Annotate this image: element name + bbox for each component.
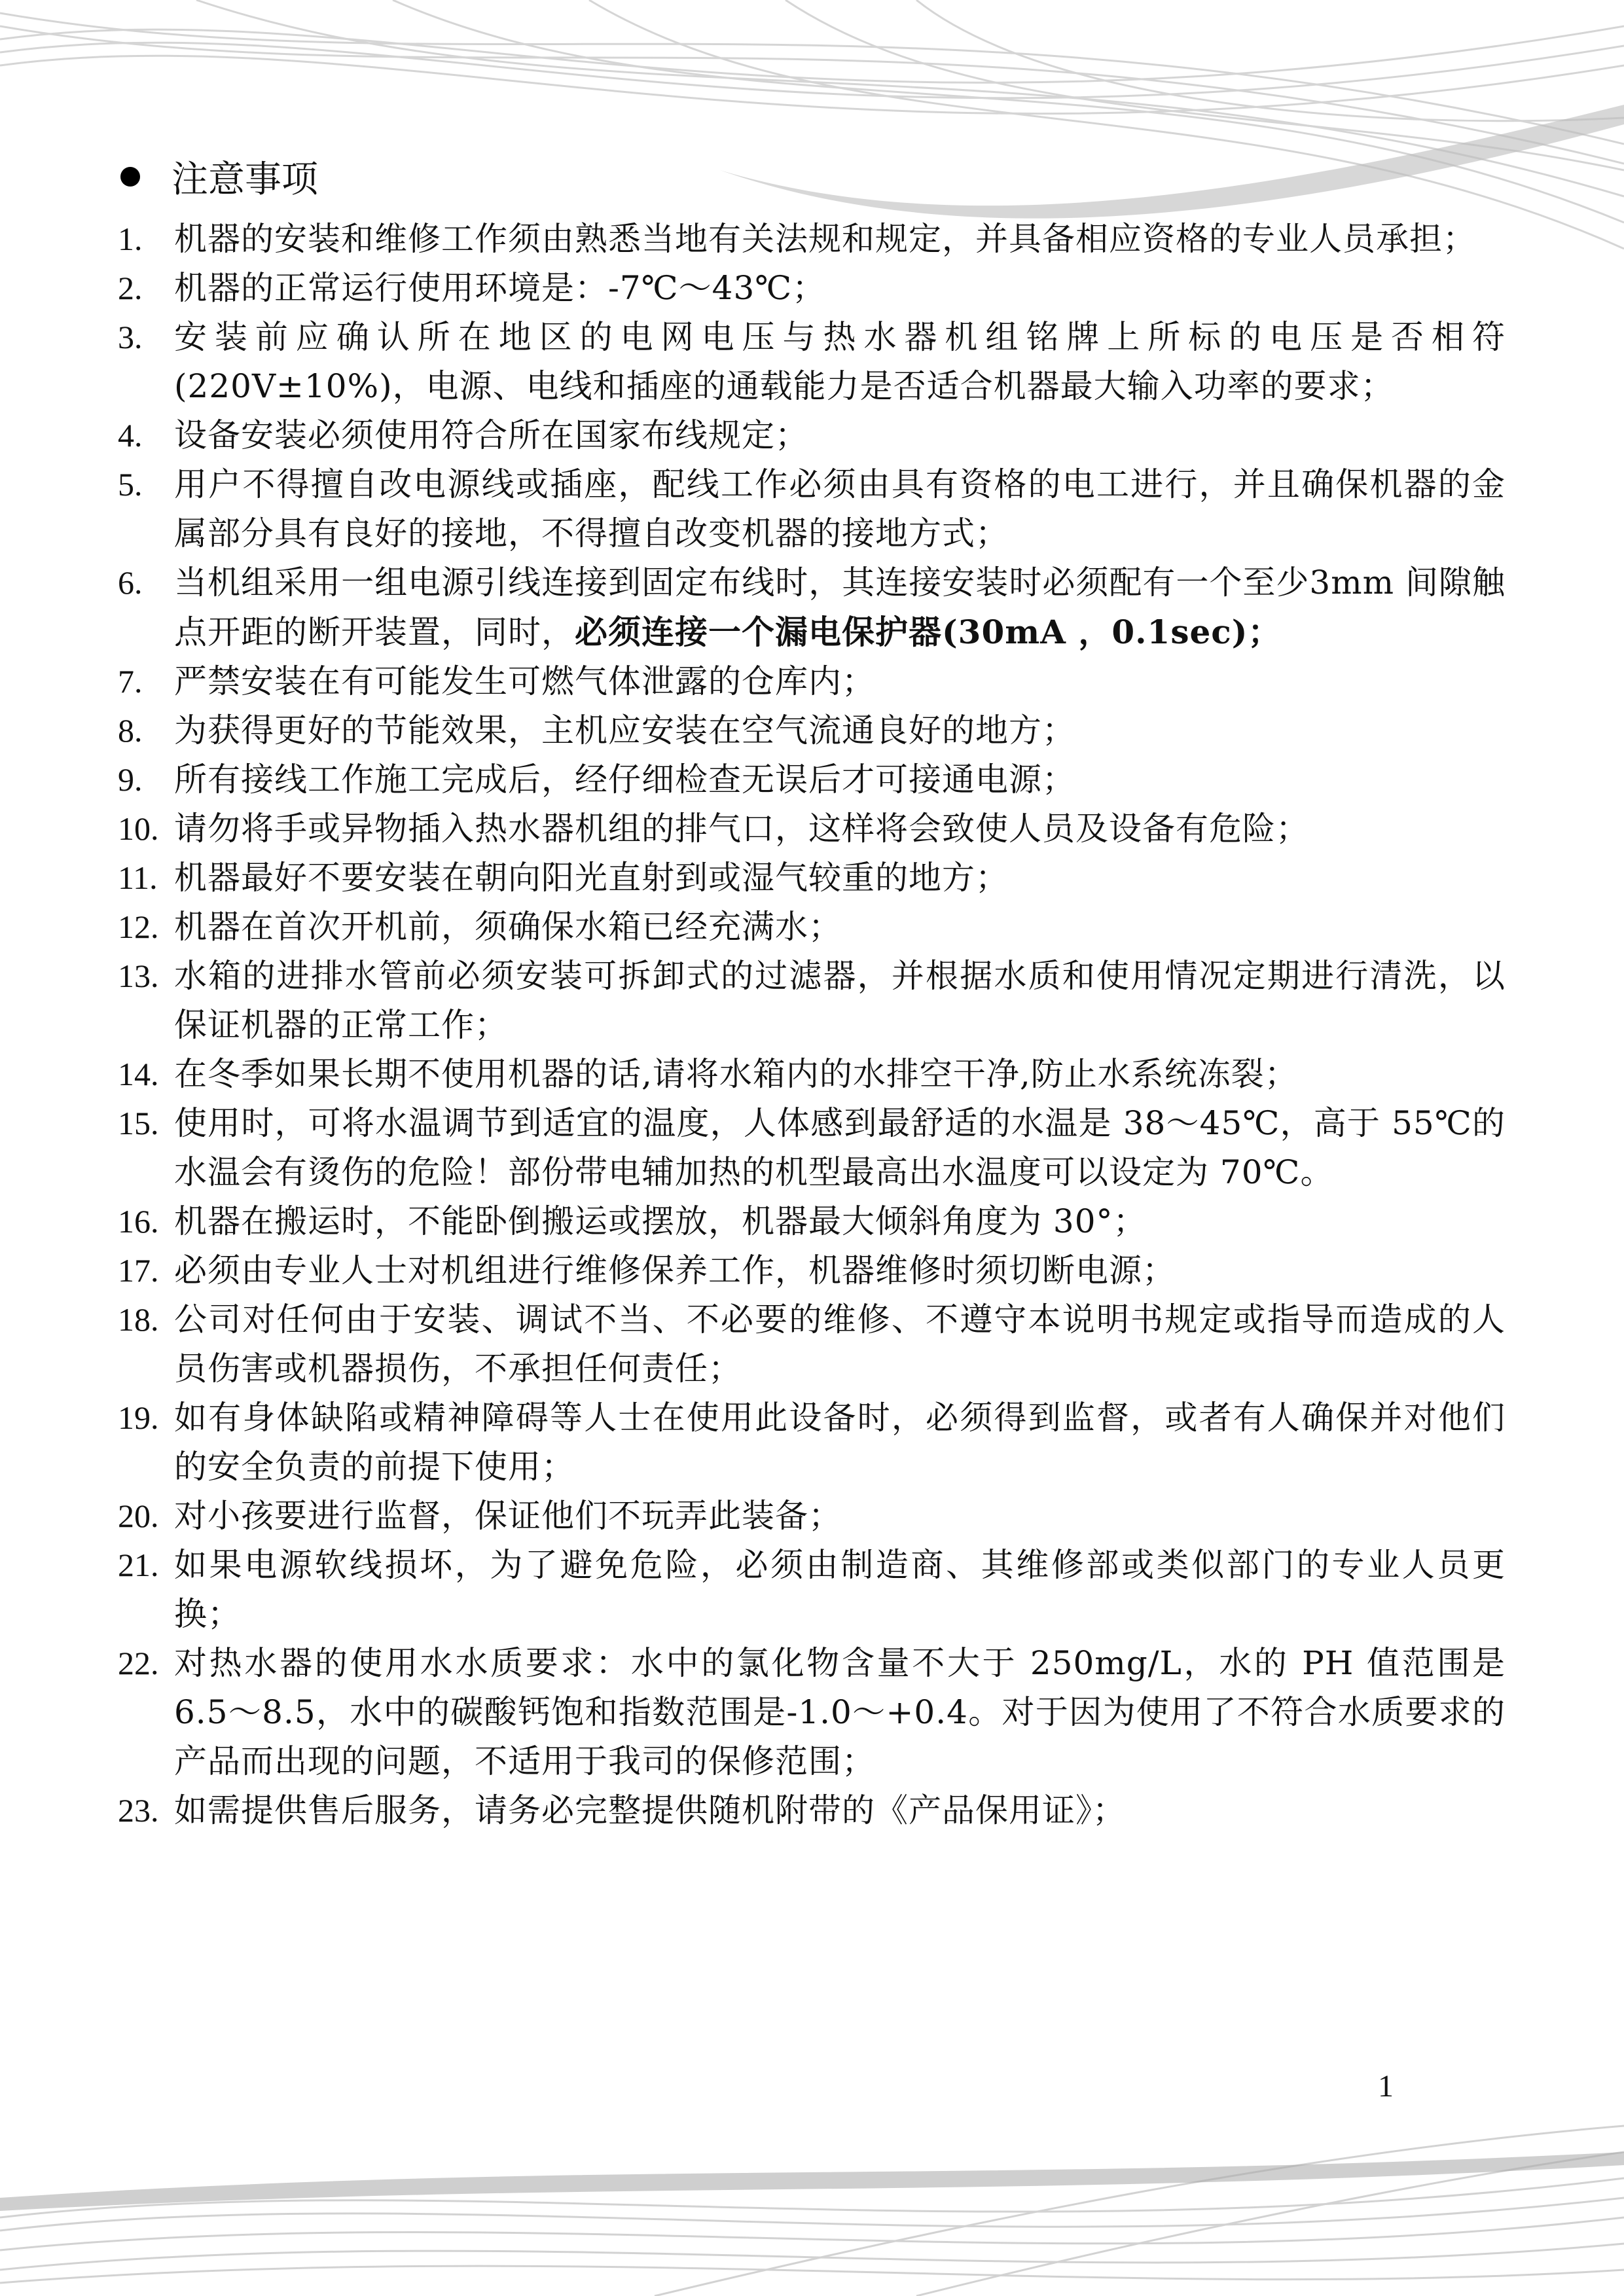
item-text: 机器在首次开机前，须确保水箱已经充满水；: [174, 903, 1506, 952]
item-text-body: 机器在首次开机前，须确保水箱已经充满水；: [174, 908, 842, 946]
item-number: 4.: [118, 411, 174, 460]
item-text: 设备安装必须使用符合所在国家布线规定；: [174, 411, 1506, 460]
item-text: 为获得更好的节能效果，主机应安装在空气流通良好的地方；: [174, 706, 1506, 755]
item-number: 14.: [118, 1050, 174, 1099]
item-text-body: 用户不得擅自改电源线或插座，配线工作必须由具有资格的电工进行，并且确保机器的金属…: [174, 465, 1506, 552]
item-text: 使用时，可将水温调节到适宜的温度，人体感到最舒适的水温是 38～45℃，高于 5…: [174, 1099, 1506, 1197]
item-number: 18.: [118, 1295, 174, 1393]
item-number: 22.: [118, 1639, 174, 1786]
list-item: 19.如有身体缺陷或精神障碍等人士在使用此设备时，必须得到监督，或者有人确保并对…: [118, 1393, 1506, 1492]
item-text-body: 在冬季如果长期不使用机器的话,请将水箱内的水排空干净,防止水系统冻裂；: [174, 1055, 1298, 1093]
list-item: 18.公司对任何由于安装、调试不当、不必要的维修、不遵守本说明书规定或指导而造成…: [118, 1295, 1506, 1393]
list-item: 5.用户不得擅自改电源线或插座，配线工作必须由具有资格的电工进行，并且确保机器的…: [118, 460, 1506, 558]
item-number: 6.: [118, 558, 174, 657]
notice-list: 1.机器的安装和维修工作须由熟悉当地有关法规和规定，并具备相应资格的专业人员承担…: [118, 215, 1506, 1835]
section-title: 注意事项: [171, 151, 318, 203]
item-number: 7.: [118, 657, 174, 706]
item-text: 必须由专业人士对机组进行维修保养工作，机器维修时须切断电源；: [174, 1246, 1506, 1295]
item-text: 机器的安装和维修工作须由熟悉当地有关法规和规定，并具备相应资格的专业人员承担；: [174, 215, 1506, 264]
item-text: 对小孩要进行监督，保证他们不玩弄此装备；: [174, 1492, 1506, 1541]
section-heading: 注意事项: [118, 151, 1506, 203]
item-text-body: 如果电源软线损坏，为了避免危险，必须由制造商、其维修部或类似部门的专业人员更换；: [174, 1546, 1506, 1633]
item-number: 17.: [118, 1246, 174, 1295]
item-text-body: 水箱的进排水管前必须安装可拆卸式的过滤器，并根据水质和使用情况定期进行清洗，以保…: [174, 957, 1506, 1044]
item-text-body: 设备安装必须使用符合所在国家布线规定；: [174, 416, 808, 454]
item-text-emphasis: 必须连接一个漏电保护器(30mA ，0.1sec)；: [575, 613, 1281, 651]
item-number: 2.: [118, 264, 174, 313]
list-item: 15.使用时，可将水温调节到适宜的温度，人体感到最舒适的水温是 38～45℃，高…: [118, 1099, 1506, 1197]
item-text-body: 为获得更好的节能效果，主机应安装在空气流通良好的地方；: [174, 711, 1075, 749]
list-item: 4.设备安装必须使用符合所在国家布线规定；: [118, 411, 1506, 460]
list-item: 10.请勿将手或异物插入热水器机组的排气口，这样将会致使人员及设备有危险；: [118, 804, 1506, 853]
item-text-body: 如有身体缺陷或精神障碍等人士在使用此设备时，必须得到监督，或者有人确保并对他们的…: [174, 1399, 1506, 1486]
item-number: 12.: [118, 903, 174, 952]
item-text: 请勿将手或异物插入热水器机组的排气口，这样将会致使人员及设备有危险；: [174, 804, 1506, 853]
item-text-body: 对小孩要进行监督，保证他们不玩弄此装备；: [174, 1497, 842, 1535]
item-number: 1.: [118, 215, 174, 264]
item-number: 9.: [118, 755, 174, 804]
item-number: 15.: [118, 1099, 174, 1197]
decorative-wave-footer: [0, 2087, 1624, 2296]
item-number: 5.: [118, 460, 174, 558]
item-number: 20.: [118, 1492, 174, 1541]
list-item: 1.机器的安装和维修工作须由熟悉当地有关法规和规定，并具备相应资格的专业人员承担…: [118, 215, 1506, 264]
item-number: 21.: [118, 1541, 174, 1639]
item-text: 机器最好不要安装在朝向阳光直射到或湿气较重的地方；: [174, 853, 1506, 903]
item-text: 用户不得擅自改电源线或插座，配线工作必须由具有资格的电工进行，并且确保机器的金属…: [174, 460, 1506, 558]
item-text-body: 机器在搬运时，不能卧倒搬运或摆放，机器最大倾斜角度为 30°；: [174, 1202, 1147, 1240]
list-item: 3.安装前应确认所在地区的电网电压与热水器机组铭牌上所标的电压是否相符(220V…: [118, 313, 1506, 411]
list-item: 17.必须由专业人士对机组进行维修保养工作，机器维修时须切断电源；: [118, 1246, 1506, 1295]
list-item: 20.对小孩要进行监督，保证他们不玩弄此装备；: [118, 1492, 1506, 1541]
list-item: 16.机器在搬运时，不能卧倒搬运或摆放，机器最大倾斜角度为 30°；: [118, 1197, 1506, 1246]
item-text: 水箱的进排水管前必须安装可拆卸式的过滤器，并根据水质和使用情况定期进行清洗，以保…: [174, 952, 1506, 1050]
item-text-body: 使用时，可将水温调节到适宜的温度，人体感到最舒适的水温是 38～45℃，高于 5…: [174, 1104, 1506, 1191]
list-item: 7.严禁安装在有可能发生可燃气体泄露的仓库内；: [118, 657, 1506, 706]
list-item: 11.机器最好不要安装在朝向阳光直射到或湿气较重的地方；: [118, 853, 1506, 903]
item-text-body: 所有接线工作施工完成后，经仔细检查无误后才可接通电源；: [174, 761, 1075, 798]
item-number: 3.: [118, 313, 174, 411]
item-text-body: 机器的安装和维修工作须由熟悉当地有关法规和规定，并具备相应资格的专业人员承担；: [174, 220, 1476, 258]
list-item: 9.所有接线工作施工完成后，经仔细检查无误后才可接通电源；: [118, 755, 1506, 804]
item-text: 公司对任何由于安装、调试不当、不必要的维修、不遵守本说明书规定或指导而造成的人员…: [174, 1295, 1506, 1393]
item-text: 在冬季如果长期不使用机器的话,请将水箱内的水排空干净,防止水系统冻裂；: [174, 1050, 1506, 1099]
list-item: 2.机器的正常运行使用环境是：-7℃～43℃；: [118, 264, 1506, 313]
item-text-body: 对热水器的使用水水质要求：水中的氯化物含量不大于 250mg/L，水的 PH 值…: [174, 1644, 1506, 1780]
item-text: 机器的正常运行使用环境是：-7℃～43℃；: [174, 264, 1506, 313]
item-text-body: 安装前应确认所在地区的电网电压与热水器机组铭牌上所标的电压是否相符(220V±1…: [174, 318, 1506, 405]
item-text-body: 机器最好不要安装在朝向阳光直射到或湿气较重的地方；: [174, 859, 1009, 897]
item-text-body: 如需提供售后服务，请务必完整提供随机附带的《产品保用证》；: [174, 1791, 1126, 1829]
item-text-body: 机器的正常运行使用环境是：-7℃～43℃；: [174, 269, 825, 307]
item-text-body: 公司对任何由于安装、调试不当、不必要的维修、不遵守本说明书规定或指导而造成的人员…: [174, 1300, 1506, 1388]
list-item: 14.在冬季如果长期不使用机器的话,请将水箱内的水排空干净,防止水系统冻裂；: [118, 1050, 1506, 1099]
item-number: 23.: [118, 1786, 174, 1835]
list-item: 6.当机组采用一组电源引线连接到固定布线时，其连接安装时必须配有一个至少3mm …: [118, 558, 1506, 657]
item-text: 对热水器的使用水水质要求：水中的氯化物含量不大于 250mg/L，水的 PH 值…: [174, 1639, 1506, 1786]
notice-section: 注意事项 1.机器的安装和维修工作须由熟悉当地有关法规和规定，并具备相应资格的专…: [118, 151, 1506, 1835]
list-item: 13.水箱的进排水管前必须安装可拆卸式的过滤器，并根据水质和使用情况定期进行清洗…: [118, 952, 1506, 1050]
item-number: 13.: [118, 952, 174, 1050]
item-text: 如果电源软线损坏，为了避免危险，必须由制造商、其维修部或类似部门的专业人员更换；: [174, 1541, 1506, 1639]
list-item: 22.对热水器的使用水水质要求：水中的氯化物含量不大于 250mg/L，水的 P…: [118, 1639, 1506, 1786]
item-number: 16.: [118, 1197, 174, 1246]
item-text-body: 请勿将手或异物插入热水器机组的排气口，这样将会致使人员及设备有危险；: [174, 810, 1309, 848]
item-text: 严禁安装在有可能发生可燃气体泄露的仓库内；: [174, 657, 1506, 706]
item-text-body: 严禁安装在有可能发生可燃气体泄露的仓库内；: [174, 662, 875, 700]
item-text: 如有身体缺陷或精神障碍等人士在使用此设备时，必须得到监督，或者有人确保并对他们的…: [174, 1393, 1506, 1492]
item-text: 安装前应确认所在地区的电网电压与热水器机组铭牌上所标的电压是否相符(220V±1…: [174, 313, 1506, 411]
item-text: 如需提供售后服务，请务必完整提供随机附带的《产品保用证》；: [174, 1786, 1506, 1835]
item-number: 19.: [118, 1393, 174, 1492]
list-item: 8.为获得更好的节能效果，主机应安装在空气流通良好的地方；: [118, 706, 1506, 755]
item-text: 当机组采用一组电源引线连接到固定布线时，其连接安装时必须配有一个至少3mm 间隙…: [174, 558, 1506, 657]
list-item: 21.如果电源软线损坏，为了避免危险，必须由制造商、其维修部或类似部门的专业人员…: [118, 1541, 1506, 1639]
item-text: 所有接线工作施工完成后，经仔细检查无误后才可接通电源；: [174, 755, 1506, 804]
bullet-icon: [120, 167, 140, 187]
item-text: 机器在搬运时，不能卧倒搬运或摆放，机器最大倾斜角度为 30°；: [174, 1197, 1506, 1246]
list-item: 23.如需提供售后服务，请务必完整提供随机附带的《产品保用证》；: [118, 1786, 1506, 1835]
list-item: 12.机器在首次开机前，须确保水箱已经充满水；: [118, 903, 1506, 952]
item-number: 10.: [118, 804, 174, 853]
page-number: 1: [1378, 2068, 1394, 2104]
item-number: 11.: [118, 853, 174, 903]
item-text-body: 必须由专业人士对机组进行维修保养工作，机器维修时须切断电源；: [174, 1251, 1176, 1289]
item-number: 8.: [118, 706, 174, 755]
